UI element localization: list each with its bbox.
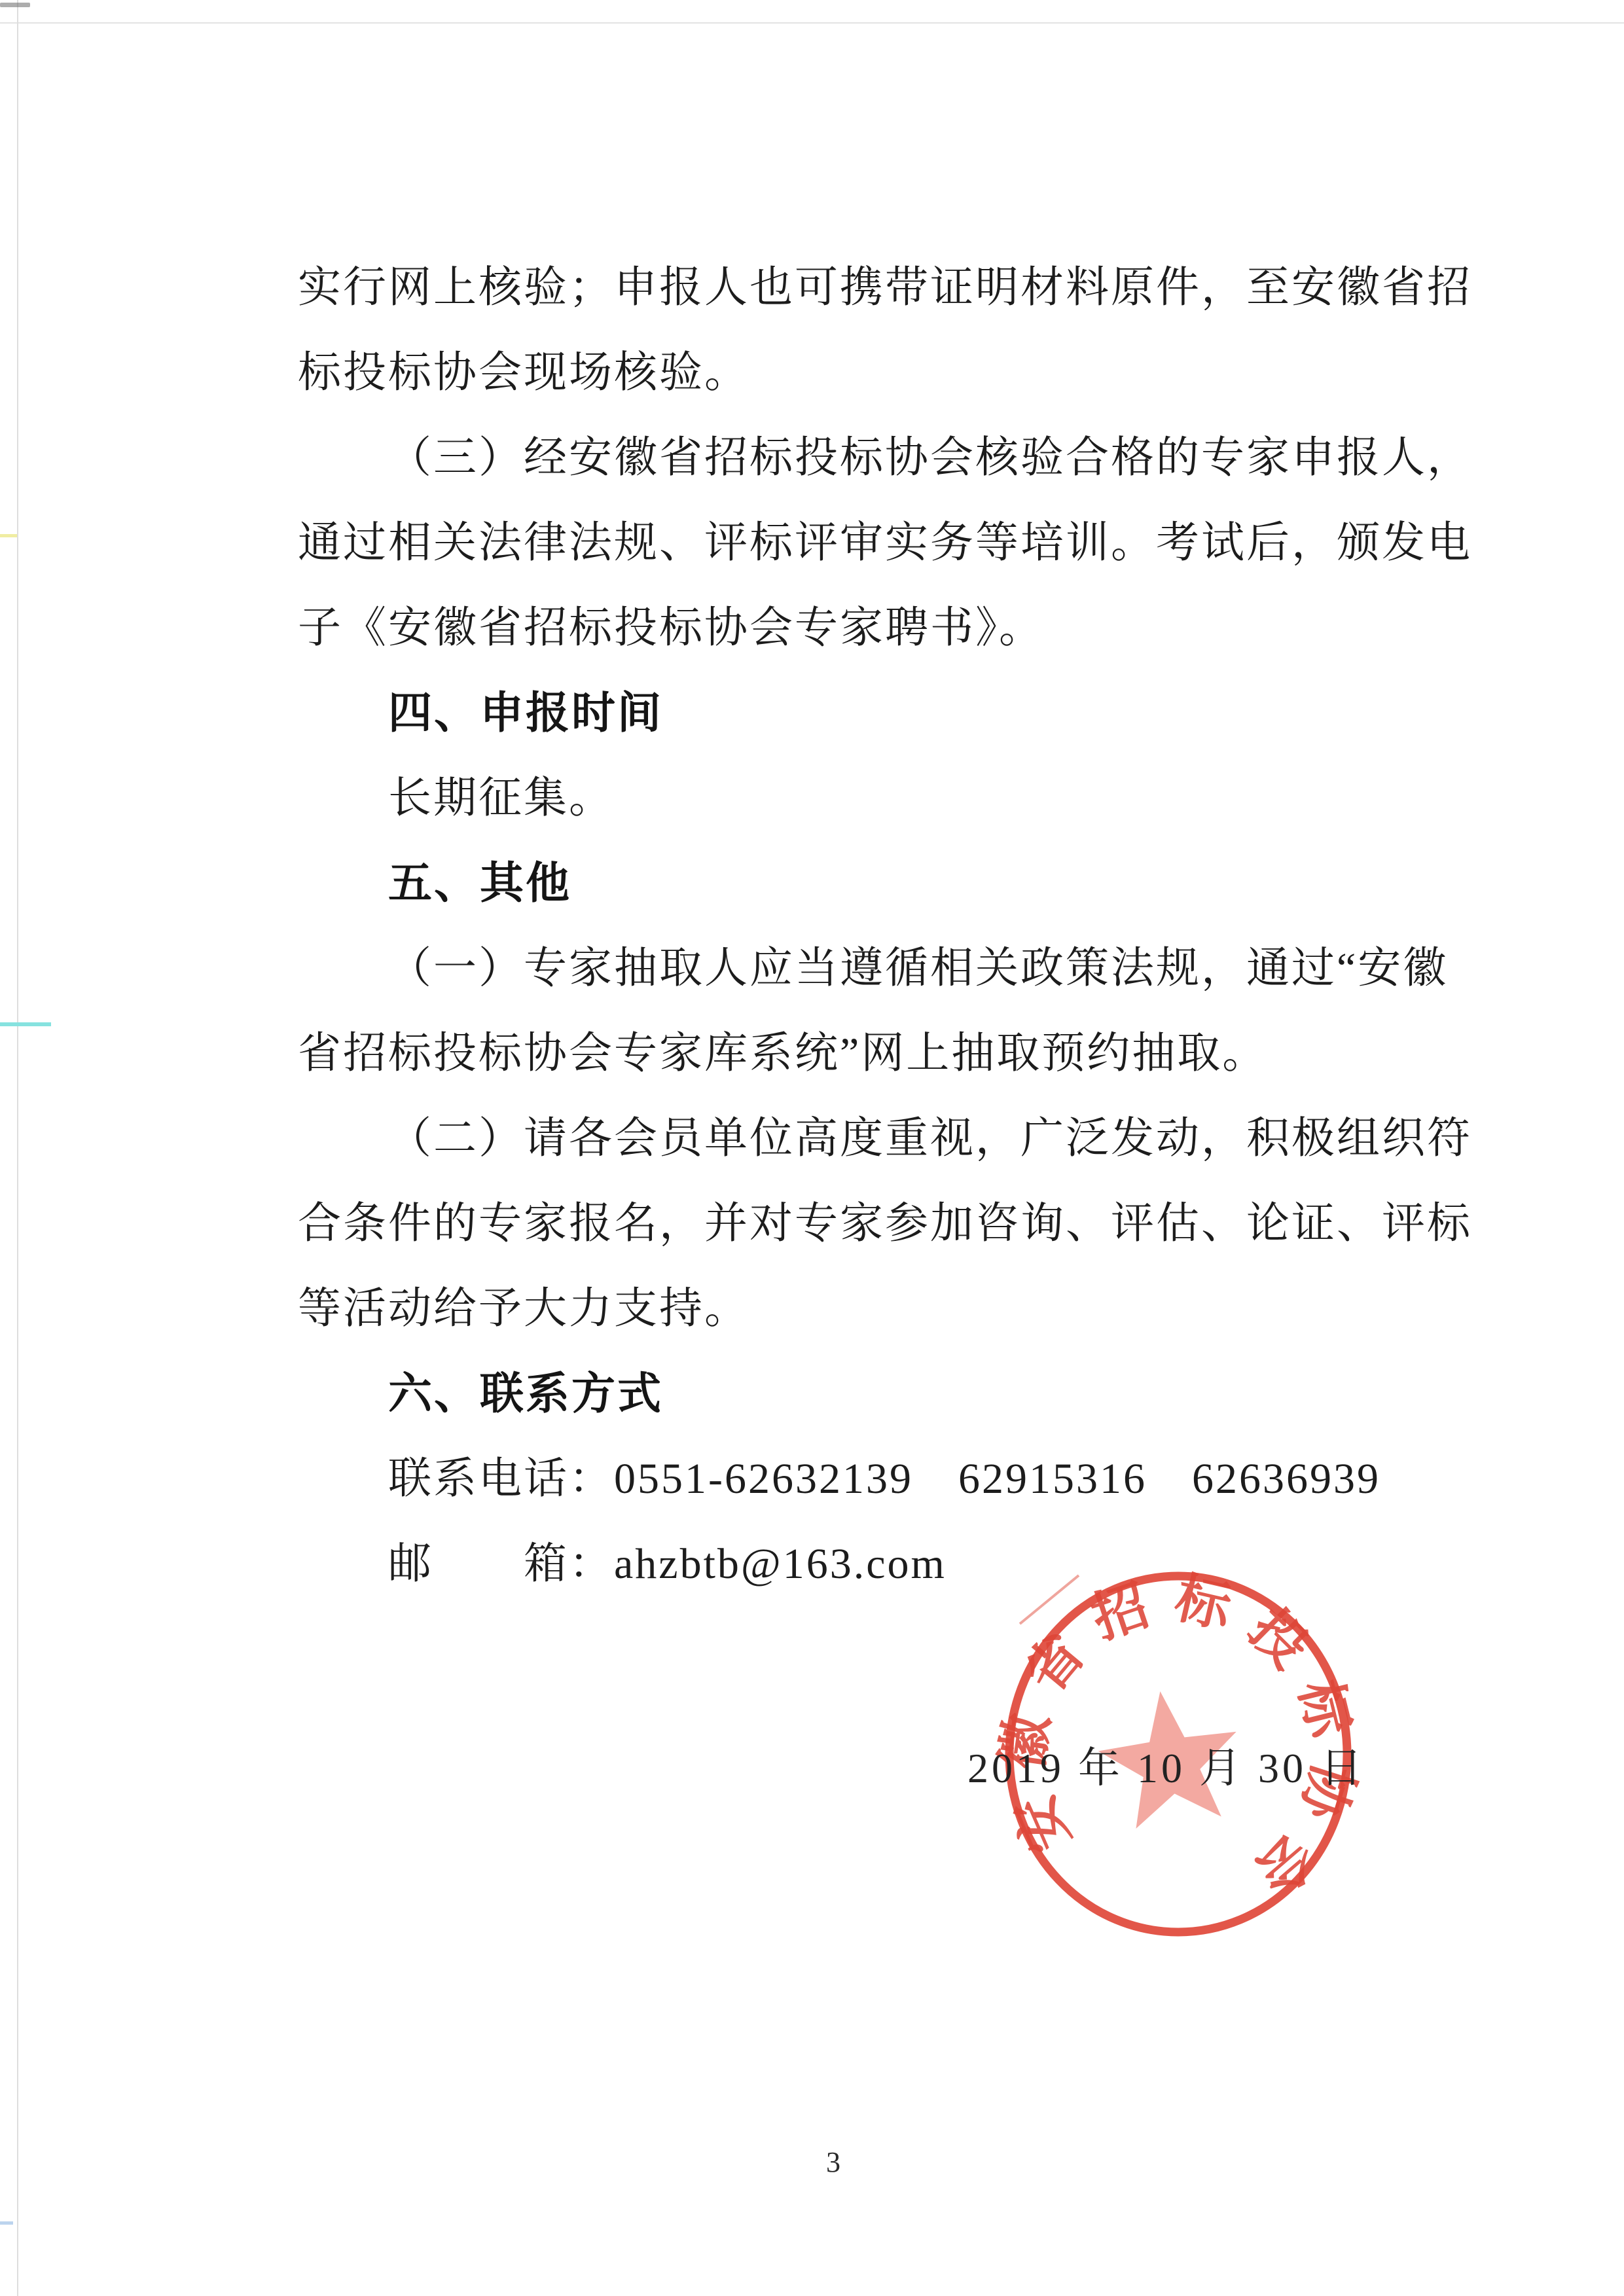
section-heading-5: 五、其他 (298, 841, 1470, 926)
scan-artifact-left-line (17, 0, 18, 2296)
scan-artifact-blue-tick (0, 2221, 13, 2225)
doc-line: 合条件的专家报名，并对专家参加咨询、评估、论证、评标 (298, 1181, 1470, 1266)
page-number: 3 (826, 2145, 840, 2179)
doc-line: 标投标协会现场核验。 (298, 331, 1470, 416)
doc-line: 实行网上核验；申报人也可携带证明材料原件，至安徽省招 (298, 245, 1470, 331)
contact-phone-line: 联系电话：0551-62632139 62915316 62636939 (298, 1437, 1470, 1522)
scan-artifact-cyan-tick (0, 1022, 51, 1026)
doc-line: 省招标投标协会专家库系统”网上抽取预约抽取。 (298, 1011, 1470, 1096)
doc-line: 子《安徽省招标投标协会专家聘书》。 (298, 586, 1470, 671)
section-heading-4: 四、申报时间 (298, 671, 1470, 756)
document-body: 实行网上核验；申报人也可携带证明材料原件，至安徽省招 标投标协会现场核验。 （三… (298, 245, 1470, 1607)
scan-artifact-corner-mark (0, 3, 30, 7)
doc-line: （一）专家抽取人应当遵循相关政策法规，通过“安徽 (298, 926, 1470, 1011)
scan-artifact-yellow-tick (0, 534, 17, 537)
doc-line: 长期征集。 (298, 756, 1470, 841)
document-page: 实行网上核验；申报人也可携带证明材料原件，至安徽省招 标投标协会现场核验。 （三… (0, 0, 1624, 2296)
section-heading-6: 六、联系方式 (298, 1352, 1470, 1437)
document-date: 2019 年 10 月 30 日 (967, 1741, 1365, 1796)
doc-line: （三）经安徽省招标投标协会核验合格的专家申报人， (298, 416, 1470, 501)
scan-artifact-top-line (0, 22, 1624, 24)
doc-line: （二）请各会员单位高度重视，广泛发动，积极组织符 (298, 1096, 1470, 1181)
doc-line: 等活动给予大力支持。 (298, 1266, 1470, 1352)
doc-line: 通过相关法律法规、评标评审实务等培训。考试后，颁发电 (298, 501, 1470, 586)
